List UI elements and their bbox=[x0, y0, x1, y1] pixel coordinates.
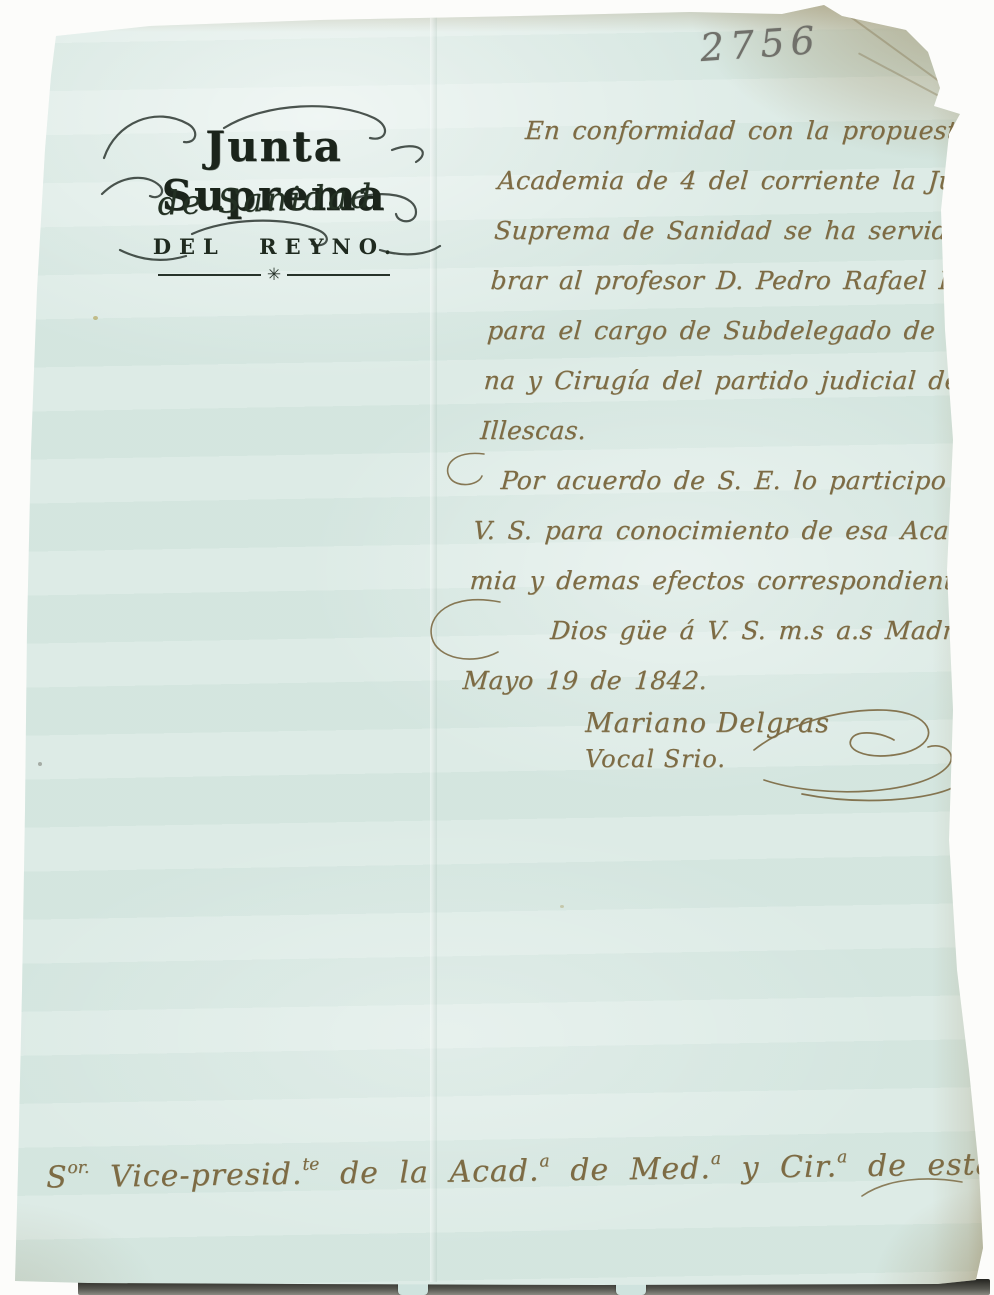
signature-block: Mariano Delgras Vocal Srio. bbox=[585, 706, 830, 776]
address-line: Sor. Vice-presid.te de la Acad.a de Med.… bbox=[46, 1146, 966, 1196]
address-segment: S bbox=[46, 1160, 68, 1195]
manuscript-line: Mayo 19 de 1842. bbox=[461, 656, 950, 706]
star-ornament-icon: ✳ bbox=[267, 267, 281, 284]
signature-title: Vocal Srio. bbox=[585, 742, 830, 776]
address-segment-sup: or. bbox=[67, 1158, 89, 1178]
manuscript-line: Suprema de Sanidad se ha servido nom bbox=[492, 206, 981, 256]
address-segment: Vice-presid. bbox=[89, 1157, 302, 1195]
letterhead-line3: DEL REYNO. bbox=[106, 234, 446, 259]
address-segment: y Cir. bbox=[721, 1149, 838, 1186]
address-segment: de la Acad. bbox=[319, 1154, 540, 1192]
stain-speck bbox=[560, 905, 564, 908]
address-segment: de Med. bbox=[549, 1151, 711, 1188]
paper-sheet: 2756 Junta Suprema de Sanidad DEL REYNO.… bbox=[0, 0, 994, 1295]
rule-bar bbox=[287, 274, 390, 276]
manuscript-line: mia y demas efectos correspondientes. bbox=[468, 556, 957, 606]
manuscript-line: Por acuerdo de S. E. lo participo á bbox=[499, 456, 964, 506]
manuscript-line: brar al profesor D. Pedro Rafael Bonilla… bbox=[489, 256, 978, 306]
address-segment-sup: a bbox=[539, 1151, 549, 1171]
signature-name: Mariano Delgras bbox=[585, 706, 830, 742]
address-segment: de esta Corte bbox=[847, 1146, 994, 1185]
stain-speck bbox=[93, 316, 98, 320]
manuscript-line: Academia de 4 del corriente la Junta bbox=[496, 156, 985, 206]
manuscript-line: Dios güe á V. S. m.s a.s Madrid bbox=[549, 606, 954, 656]
address-segment-sup: te bbox=[302, 1155, 319, 1175]
scanned-document: 2756 Junta Suprema de Sanidad DEL REYNO.… bbox=[0, 0, 994, 1295]
manuscript-line: En conformidad con la propuesta de esa bbox=[523, 106, 988, 156]
manuscript-body: En conformidad con la propuesta de esa A… bbox=[461, 106, 989, 706]
letterhead: Junta Suprema de Sanidad DEL REYNO. ✳ bbox=[96, 104, 452, 294]
letterhead-rule: ✳ bbox=[158, 264, 390, 286]
manuscript-line: Illescas. bbox=[479, 406, 968, 456]
rule-bar bbox=[158, 274, 261, 276]
corner-crease bbox=[820, 0, 943, 84]
stain-speck bbox=[38, 762, 42, 766]
manuscript-line: na y Cirugía del partido judicial de bbox=[482, 356, 971, 406]
archival-number: 2756 bbox=[699, 18, 822, 70]
address-segment-sup: a bbox=[711, 1149, 721, 1169]
manuscript-line: V. S. para conocimiento de esa Acade bbox=[472, 506, 961, 556]
manuscript-line: para el cargo de Subdelegado de Medici bbox=[485, 306, 974, 356]
corner-crease bbox=[858, 52, 956, 105]
